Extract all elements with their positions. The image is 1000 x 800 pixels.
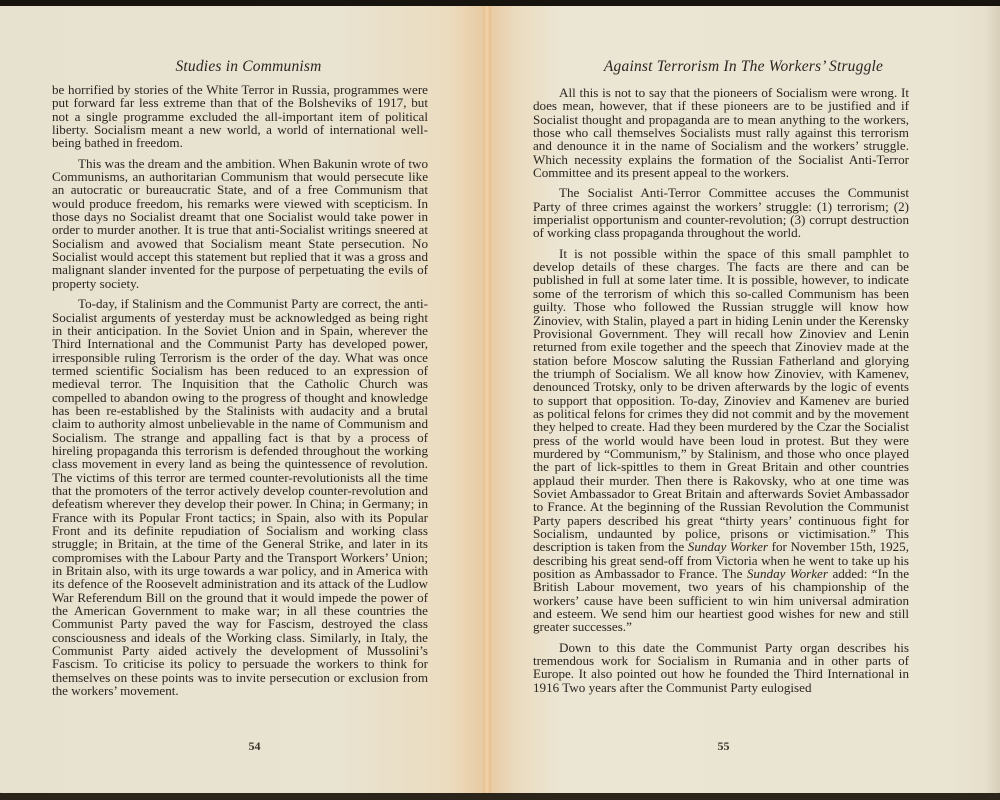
left-page: Studies in Communism be horrified by sto… [0, 6, 487, 796]
right-running-head: Against Terrorism In The Workers’ Strugg… [487, 58, 1000, 76]
right-page-body: All this is not to say that the pioneers… [533, 86, 909, 701]
right-paragraph-4: Down to this date the Communist Party or… [533, 641, 909, 694]
book-bottom-edge-shadow [0, 793, 1000, 800]
left-paragraph-2: This was the dream and the ambition. Whe… [52, 157, 428, 290]
right-page: Against Terrorism In The Workers’ Strugg… [487, 6, 1000, 796]
right-page-number: 55 [487, 739, 1000, 754]
book-gutter-binding [483, 6, 491, 796]
left-page-number: 54 [0, 739, 487, 754]
open-book-spread: Studies in Communism be horrified by sto… [0, 6, 1000, 796]
right-paragraph-2: The Socialist Anti-Terror Committee accu… [533, 186, 909, 239]
left-paragraph-1: be horrified by stories of the White Ter… [52, 83, 428, 150]
left-page-body: be horrified by stories of the White Ter… [52, 83, 428, 704]
right-paragraph-1: All this is not to say that the pioneers… [533, 86, 909, 179]
right-paragraph-3: It is not possible within the space of t… [533, 247, 909, 634]
paragraph-text: It is not possible within the space of t… [533, 246, 909, 555]
left-running-head: Studies in Communism [0, 58, 487, 76]
left-paragraph-3: To-day, if Stalinism and the Communist P… [52, 297, 428, 697]
